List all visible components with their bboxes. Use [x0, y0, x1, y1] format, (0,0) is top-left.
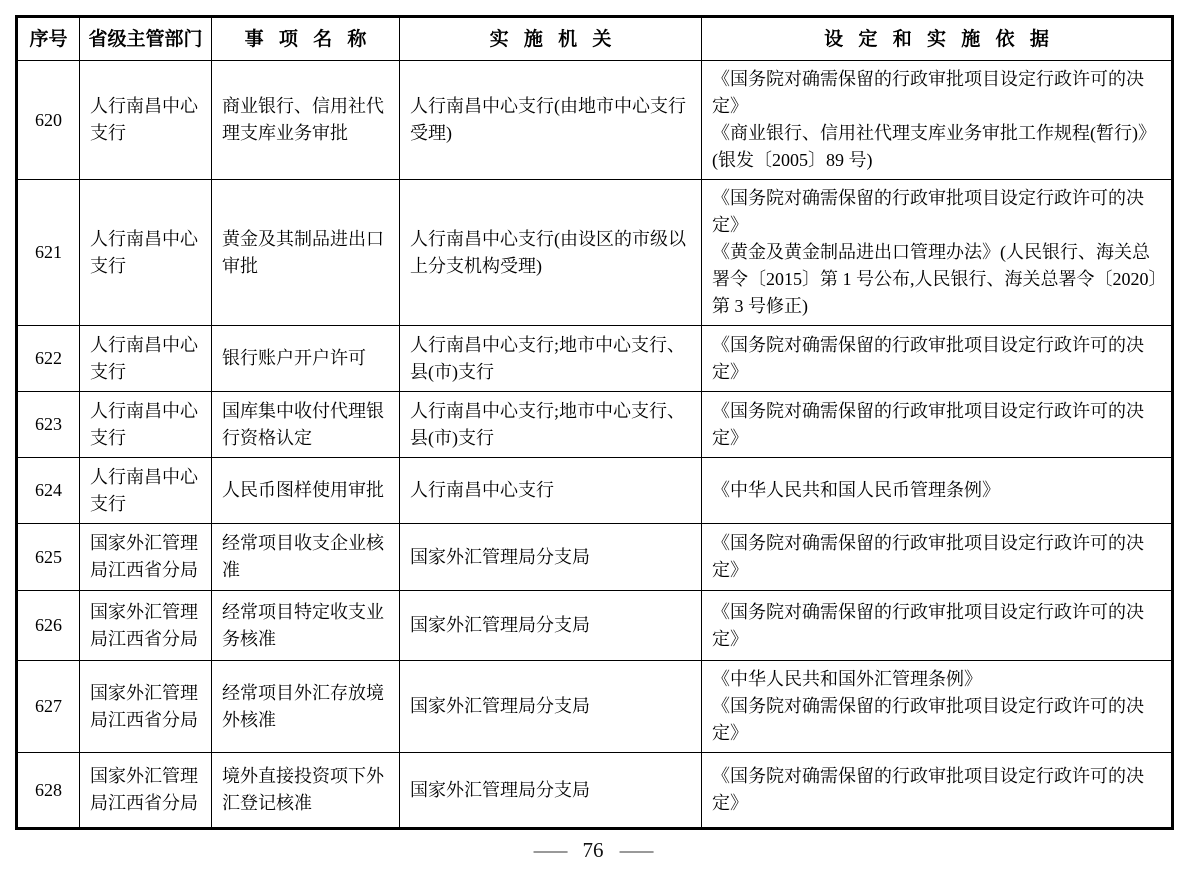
seq-cell: 625	[17, 524, 80, 591]
agency-cell: 国家外汇管理局分支局	[400, 753, 702, 829]
header-basis: 设 定 和 实 施 依 据	[702, 17, 1173, 61]
basis-line: 《国务院对确需保留的行政审批项目设定行政许可的决定》	[712, 66, 1161, 120]
basis-line: 《国务院对确需保留的行政审批项目设定行政许可的决定》	[712, 398, 1161, 452]
table-row: 621 人行南昌中心支行 黄金及其制品进出口审批 人行南昌中心支行(由设区的市级…	[17, 180, 1173, 326]
basis-line: 《中华人民共和国人民币管理条例》	[712, 477, 1161, 504]
header-seq: 序号	[17, 17, 80, 61]
seq-cell: 628	[17, 753, 80, 829]
department-cell: 人行南昌中心支行	[80, 180, 212, 326]
basis-cell: 《中华人民共和国人民币管理条例》	[702, 458, 1173, 524]
page-footer: —76—	[0, 838, 1186, 863]
department-cell: 国家外汇管理局江西省分局	[80, 661, 212, 753]
footer-left-dash: —	[533, 838, 567, 863]
table-row: 625 国家外汇管理局江西省分局 经常项目收支企业核准 国家外汇管理局分支局 《…	[17, 524, 1173, 591]
header-department: 省级主管部门	[80, 17, 212, 61]
header-agency: 实 施 机 关	[400, 17, 702, 61]
item-name-cell: 境外直接投资项下外汇登记核准	[212, 753, 400, 829]
department-cell: 国家外汇管理局江西省分局	[80, 591, 212, 661]
basis-line: 《中华人民共和国外汇管理条例》	[712, 666, 1161, 693]
basis-cell: 《国务院对确需保留的行政审批项目设定行政许可的决定》《商业银行、信用社代理支库业…	[702, 61, 1173, 180]
item-name-cell: 经常项目收支企业核准	[212, 524, 400, 591]
item-name-cell: 商业银行、信用社代理支库业务审批	[212, 61, 400, 180]
table-row: 628 国家外汇管理局江西省分局 境外直接投资项下外汇登记核准 国家外汇管理局分…	[17, 753, 1173, 829]
document-page: 序号 省级主管部门 事 项 名 称 实 施 机 关 设 定 和 实 施 依 据 …	[0, 0, 1186, 883]
table-row: 623 人行南昌中心支行 国库集中收付代理银行资格认定 人行南昌中心支行;地市中…	[17, 392, 1173, 458]
department-cell: 人行南昌中心支行	[80, 392, 212, 458]
department-cell: 国家外汇管理局江西省分局	[80, 753, 212, 829]
item-name-cell: 经常项目特定收支业务核准	[212, 591, 400, 661]
approval-items-table: 序号 省级主管部门 事 项 名 称 实 施 机 关 设 定 和 实 施 依 据 …	[15, 15, 1174, 830]
basis-cell: 《国务院对确需保留的行政审批项目设定行政许可的决定》	[702, 392, 1173, 458]
agency-cell: 国家外汇管理局分支局	[400, 591, 702, 661]
item-name-cell: 经常项目外汇存放境外核准	[212, 661, 400, 753]
footer-right-dash: —	[619, 838, 653, 863]
item-name-cell: 银行账户开户许可	[212, 326, 400, 392]
department-cell: 人行南昌中心支行	[80, 458, 212, 524]
basis-cell: 《国务院对确需保留的行政审批项目设定行政许可的决定》	[702, 326, 1173, 392]
header-item-name: 事 项 名 称	[212, 17, 400, 61]
seq-cell: 621	[17, 180, 80, 326]
basis-line: 《国务院对确需保留的行政审批项目设定行政许可的决定》	[712, 185, 1161, 239]
agency-cell: 人行南昌中心支行	[400, 458, 702, 524]
table-row: 620 人行南昌中心支行 商业银行、信用社代理支库业务审批 人行南昌中心支行(由…	[17, 61, 1173, 180]
basis-cell: 《国务院对确需保留的行政审批项目设定行政许可的决定》	[702, 524, 1173, 591]
department-cell: 国家外汇管理局江西省分局	[80, 524, 212, 591]
table-row: 626 国家外汇管理局江西省分局 经常项目特定收支业务核准 国家外汇管理局分支局…	[17, 591, 1173, 661]
basis-line: 《国务院对确需保留的行政审批项目设定行政许可的决定》	[712, 332, 1161, 386]
item-name-cell: 人民币图样使用审批	[212, 458, 400, 524]
basis-cell: 《中华人民共和国外汇管理条例》《国务院对确需保留的行政审批项目设定行政许可的决定…	[702, 661, 1173, 753]
table-row: 627 国家外汇管理局江西省分局 经常项目外汇存放境外核准 国家外汇管理局分支局…	[17, 661, 1173, 753]
department-cell: 人行南昌中心支行	[80, 61, 212, 180]
table-header-row: 序号 省级主管部门 事 项 名 称 实 施 机 关 设 定 和 实 施 依 据	[17, 17, 1173, 61]
basis-line: 《国务院对确需保留的行政审批项目设定行政许可的决定》	[712, 763, 1161, 817]
basis-line: 《国务院对确需保留的行政审批项目设定行政许可的决定》	[712, 693, 1161, 747]
table-row: 622 人行南昌中心支行 银行账户开户许可 人行南昌中心支行;地市中心支行、县(…	[17, 326, 1173, 392]
seq-cell: 620	[17, 61, 80, 180]
seq-cell: 623	[17, 392, 80, 458]
agency-cell: 人行南昌中心支行;地市中心支行、县(市)支行	[400, 326, 702, 392]
basis-line: 《黄金及黄金制品进出口管理办法》(人民银行、海关总署令〔2015〕第 1 号公布…	[712, 239, 1161, 320]
basis-line: 《国务院对确需保留的行政审批项目设定行政许可的决定》	[712, 530, 1161, 584]
basis-cell: 《国务院对确需保留的行政审批项目设定行政许可的决定》	[702, 753, 1173, 829]
basis-cell: 《国务院对确需保留的行政审批项目设定行政许可的决定》《黄金及黄金制品进出口管理办…	[702, 180, 1173, 326]
basis-line: 《国务院对确需保留的行政审批项目设定行政许可的决定》	[712, 599, 1161, 653]
agency-cell: 人行南昌中心支行(由地市中心支行受理)	[400, 61, 702, 180]
seq-cell: 626	[17, 591, 80, 661]
page-number: 76	[583, 838, 604, 862]
seq-cell: 627	[17, 661, 80, 753]
agency-cell: 国家外汇管理局分支局	[400, 661, 702, 753]
basis-line: 《商业银行、信用社代理支库业务审批工作规程(暂行)》(银发〔2005〕89 号)	[712, 120, 1161, 174]
seq-cell: 622	[17, 326, 80, 392]
table-row: 624 人行南昌中心支行 人民币图样使用审批 人行南昌中心支行 《中华人民共和国…	[17, 458, 1173, 524]
item-name-cell: 国库集中收付代理银行资格认定	[212, 392, 400, 458]
agency-cell: 人行南昌中心支行(由设区的市级以上分支机构受理)	[400, 180, 702, 326]
item-name-cell: 黄金及其制品进出口审批	[212, 180, 400, 326]
agency-cell: 国家外汇管理局分支局	[400, 524, 702, 591]
department-cell: 人行南昌中心支行	[80, 326, 212, 392]
agency-cell: 人行南昌中心支行;地市中心支行、县(市)支行	[400, 392, 702, 458]
basis-cell: 《国务院对确需保留的行政审批项目设定行政许可的决定》	[702, 591, 1173, 661]
seq-cell: 624	[17, 458, 80, 524]
